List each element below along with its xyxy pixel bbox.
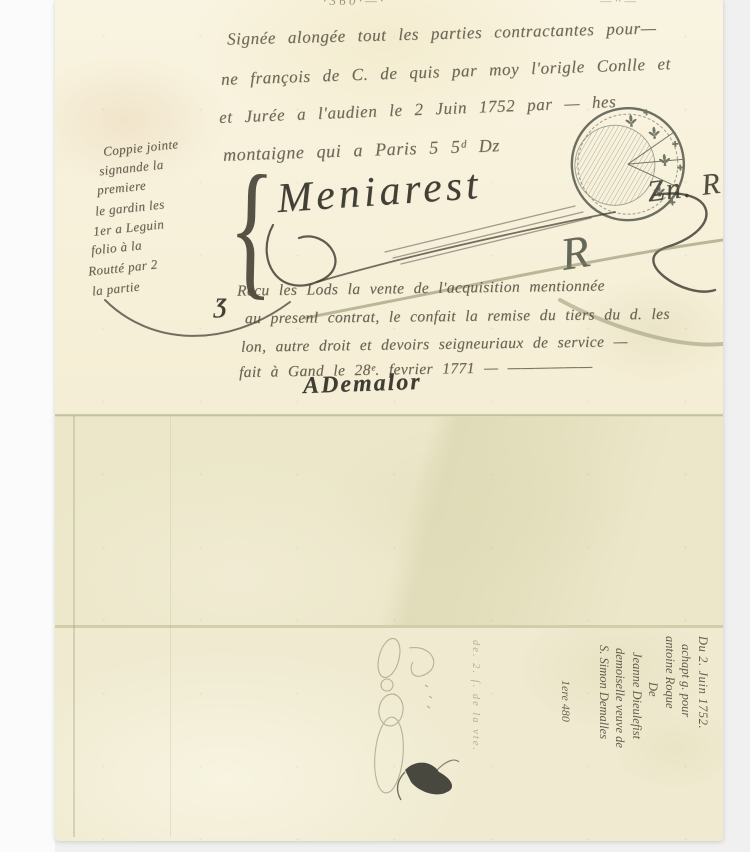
- scanned-document-photo: Signée alongée tout les parties contract…: [0, 0, 750, 852]
- docket-line: demoiselle veuve de: [612, 648, 629, 806]
- docket-line: S. Simon Demalles: [596, 645, 613, 806]
- clipped-edge-writing: — ·· —: [600, 0, 710, 11]
- docket-annotation-block: Du 2. Juin 1752. achapt g. pour antoine …: [589, 636, 711, 806]
- pen-doodles-and-ink-blot: [347, 630, 477, 810]
- receipt-signature: ADemalor: [303, 369, 423, 400]
- docket-line: Jeanne Dieulefist: [629, 652, 646, 806]
- manuscript-paper: Signée alongée tout les parties contract…: [55, 0, 723, 841]
- docket-line: achapt g. pour: [678, 644, 695, 806]
- receipt-margin-mark: Ʒ: [215, 293, 227, 319]
- docket-number-note: 1ere 480: [557, 680, 573, 744]
- ink-blot: [398, 760, 459, 800]
- scan-background-band: [0, 0, 55, 852]
- docket-line: antoine Roque: [662, 636, 679, 806]
- royal-fleur-de-lis-stamp: [560, 97, 701, 236]
- docket-line: Du 2. Juin 1752.: [695, 636, 712, 806]
- clipped-edge-writing: · 3 6 0 · — ·: [323, 0, 473, 11]
- docket-faint-note: de. 2. ſ. de la vte.: [467, 640, 481, 790]
- docket-line: De: [645, 682, 662, 806]
